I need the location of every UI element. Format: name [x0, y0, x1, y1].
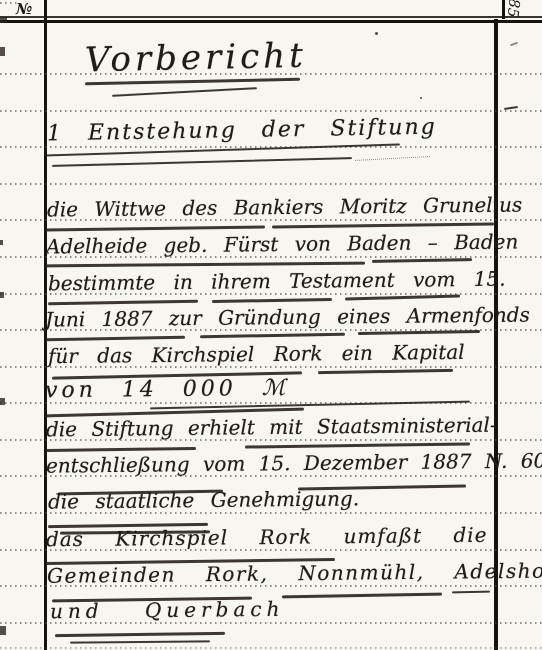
ink-underline: [45, 225, 265, 231]
ink-underline: [282, 593, 442, 598]
ink-underline: [48, 300, 198, 305]
ink-underline: [55, 632, 225, 637]
handwritten-line: die Stiftung erhielt mit Staatsministeri…: [46, 413, 497, 442]
scan-edge-mark: [0, 47, 5, 56]
ink-underline: [212, 298, 332, 303]
ink-underline: [112, 87, 257, 97]
ruled-line: [0, 2, 20, 4]
ruled-line: [0, 110, 542, 112]
scan-edge-mark: [0, 398, 5, 405]
ink-underline: [372, 258, 472, 262]
ink-underline: [272, 222, 494, 228]
scanned-ledger-page: № 85 Vorbericht 1 Entstehung der Stiftun…: [0, 0, 542, 650]
section-heading: 1 Entstehung der Stiftung: [47, 115, 437, 147]
header-rule-thin: [0, 16, 542, 18]
ink-mark: [510, 42, 518, 47]
scan-edge-mark: [0, 626, 6, 635]
ink-underline: [245, 442, 470, 448]
ink-underline: [52, 157, 352, 167]
ruled-line: [0, 647, 542, 649]
ink-underline: [46, 447, 196, 452]
ruled-line: [0, 183, 542, 185]
ink-underline: [70, 640, 210, 643]
ink-speck: [375, 32, 378, 35]
ink-underline: [298, 485, 466, 490]
ink-underline: [318, 369, 453, 374]
handwritten-line: für das Kirchspiel Rork ein Kapital: [48, 340, 465, 368]
ink-underline: [452, 591, 490, 594]
handwritten-line: Adelheide geb. Fürst von Baden – Baden: [46, 230, 519, 259]
ink-underline: [345, 294, 460, 300]
right-margin-line: [494, 19, 498, 650]
document-title: Vorbericht: [85, 36, 308, 81]
scan-edge-mark: [0, 17, 7, 23]
handwritten-line: entschließung vom 15. Dezember 1887 N. 6…: [46, 448, 542, 477]
ink-flourish: [355, 156, 430, 161]
header-rule-thick: [0, 20, 542, 24]
handwritten-line: Juni 1887 zur Gründung eines Armenfonds: [45, 302, 530, 331]
ink-underline: [45, 336, 185, 341]
handwritten-line: die Wittwe des Bankiers Moritz Grunelius: [47, 193, 522, 222]
handwritten-line: von 14 000 ℳ: [45, 376, 290, 404]
ink-speck: [420, 97, 422, 99]
handwritten-line: bestimmte in ihrem Testament vom 15.: [48, 267, 506, 296]
scan-edge-mark: [0, 240, 3, 245]
scan-edge-mark: [0, 292, 4, 298]
ink-underline: [200, 333, 345, 338]
ink-underline: [45, 262, 365, 268]
header-right-line: [502, 0, 505, 19]
